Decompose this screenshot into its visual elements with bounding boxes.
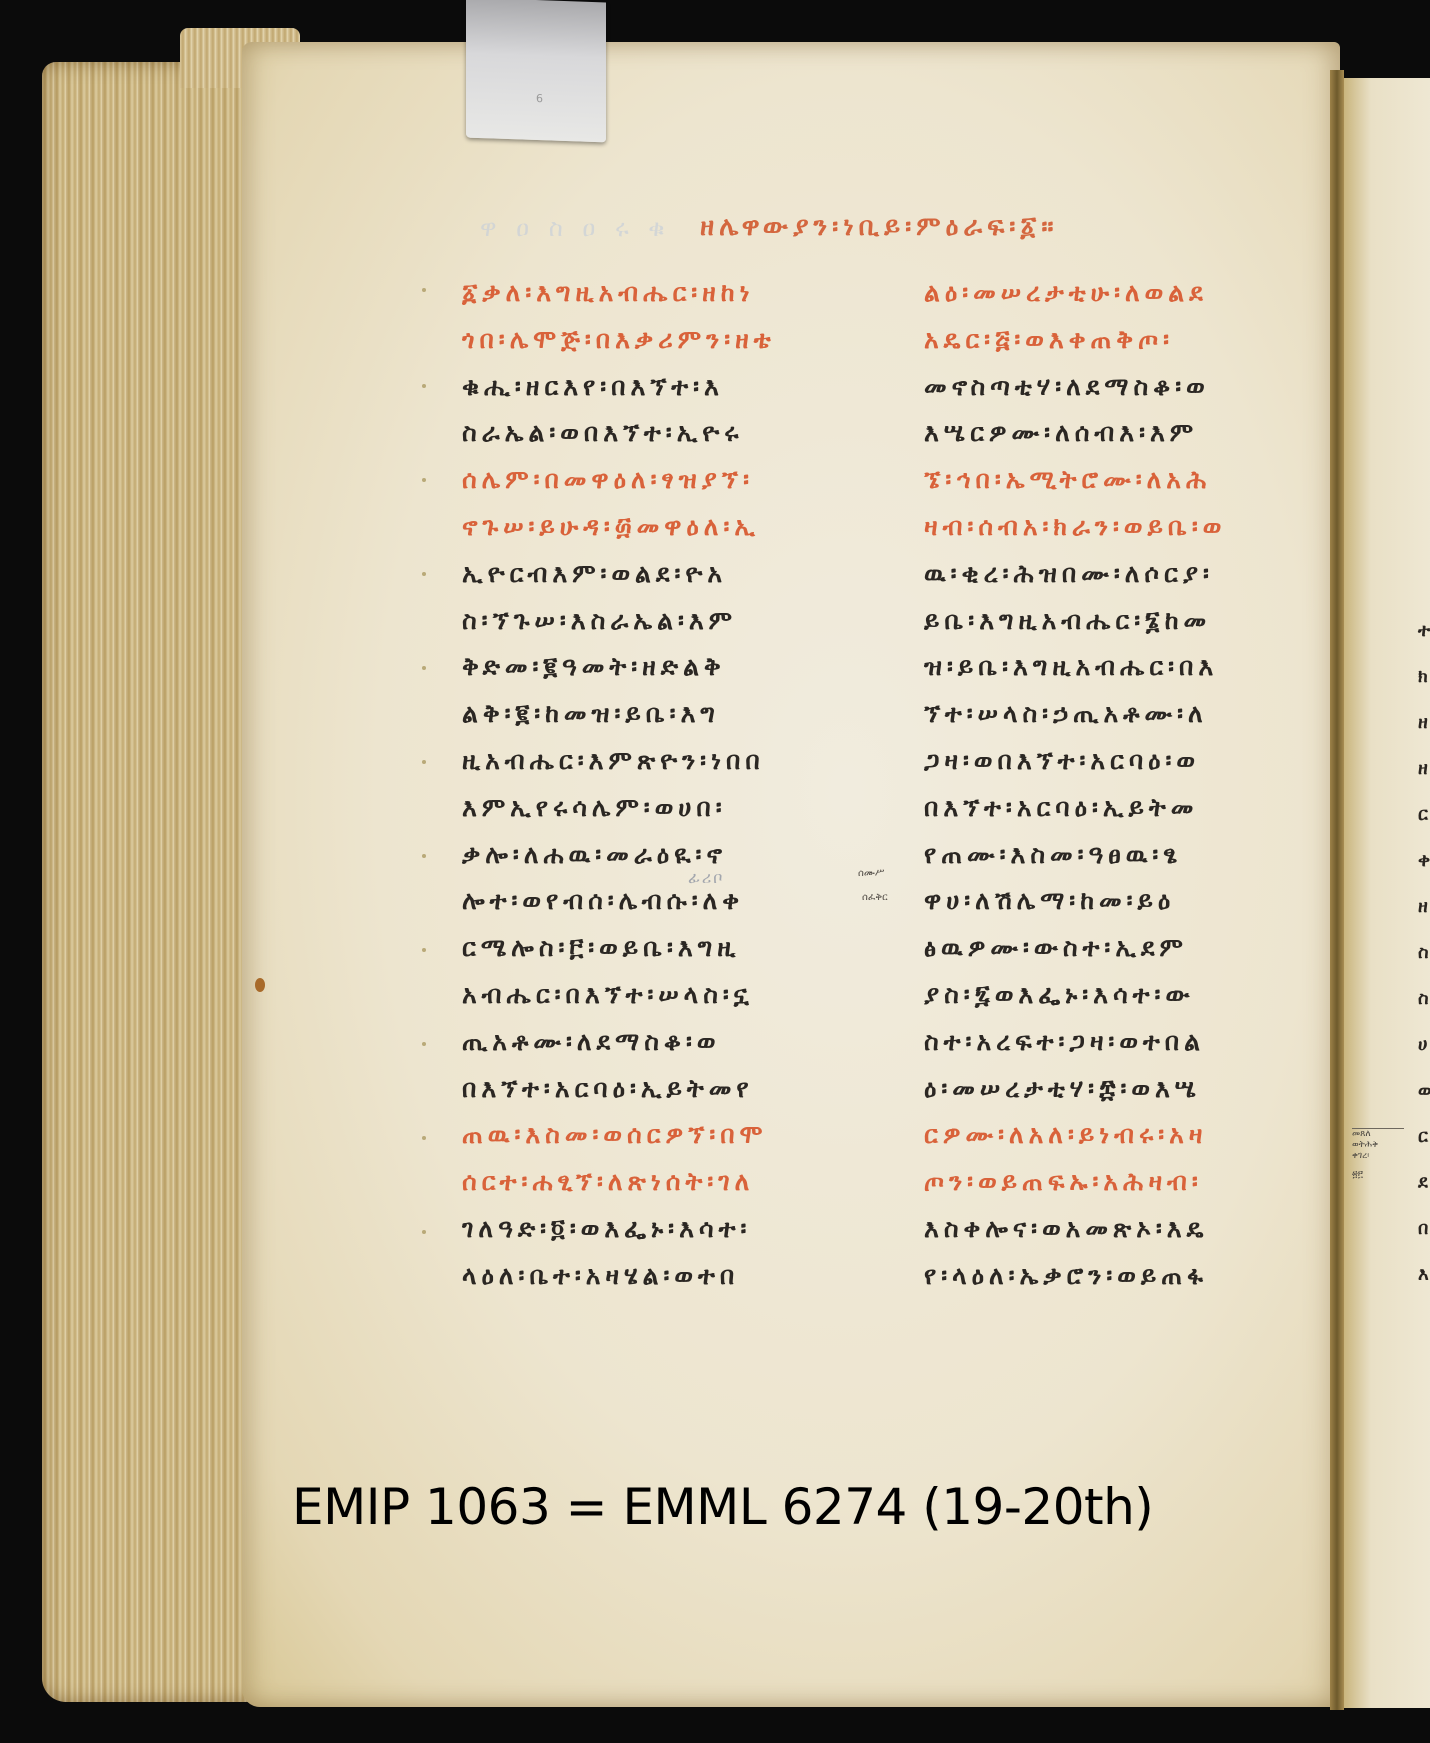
facing-glyph: ስ (1418, 942, 1430, 963)
margin-gloss-top: ሰሙሥ (858, 868, 884, 880)
text-line: መኖስጣቲሃ፡ለደማስቆ፡ወ (924, 364, 1324, 411)
pencil-annotation: ፊሪቦ (688, 868, 724, 888)
pricking-mark (422, 1230, 426, 1234)
gloss-line: ወትሕቅ (1352, 1140, 1404, 1151)
facing-glyph: ዘ (1418, 758, 1430, 779)
pricking-mark (422, 760, 426, 764)
text-line: ላዕለ፡ቤተ፡አዛሄል፡ወተበ (462, 1253, 882, 1300)
facing-glyph: ሀ (1418, 1034, 1430, 1055)
text-line: ቁሒ፡ዘርእየ፡በእኘተ፡እ (462, 364, 882, 411)
text-line: ቅድመ፡፪ዓመት፡ዘድልቅ (462, 644, 882, 691)
facing-glyph: ዘ (1418, 896, 1430, 917)
text-line: በእኘተ፡አርባዕ፡ኢይትመ (924, 785, 1324, 832)
pricking-mark (422, 948, 426, 952)
pricking-mark (422, 288, 426, 292)
text-column-left: ፩ቃለ፡እግዚአብሔር፡ዘከነ ጎበ፡ሌሞጅ፡በእቃሪምን፡ዘቴ ቁሒ፡ዘርእየ… (462, 270, 882, 1300)
text-line: የ፡ላዕለ፡ኤቃሮን፡ወይጠፋ (924, 1253, 1324, 1300)
text-line: ያስ፡፯ወእፌኑ፡እሳተ፡ው (924, 972, 1324, 1019)
text-line: ልቅ፡፪፡ከመዝ፡ይቤ፡እግ (462, 691, 882, 738)
text-line: ዛብ፡ሰብአ፡ክራን፡ወይቤ፡ወ (924, 504, 1324, 551)
text-line: ርዎሙ፡ለአለ፡ይነብሩ፡አዛ (924, 1112, 1324, 1159)
text-line: ልዕ፡መሠረታቲሁ፡ለወልደ (924, 270, 1324, 317)
text-line: ስ፡ኘጉሠ፡እስራኤል፡እም (462, 598, 882, 645)
margin-gloss-bottom: ሰፈቅር (862, 892, 888, 904)
text-line: ፩ቃለ፡እግዚአብሔር፡ዘከነ (462, 270, 882, 317)
text-line: እሤርዎሙ፡ለሰብእ፡እም (924, 410, 1324, 457)
pricking-mark (422, 666, 426, 670)
text-line: ጢአቶሙ፡ለደማስቆ፡ወ (462, 1019, 882, 1066)
facing-glyph: ወ (1418, 1080, 1430, 1101)
text-line: ኢዮርብእም፡ወልደ፡ዮአ (462, 551, 882, 598)
text-line: ፅዉዎሙ፡ውስተ፡ኢደም (924, 925, 1324, 972)
facing-page-text: ተ ክ ዘ ዘ ር ቀ ዘ ስ ስ ሀ ወ ር ደ በ እ (1418, 620, 1430, 1285)
facing-glyph: በ (1418, 1218, 1430, 1239)
gloss-line: ቀገረ፡ (1352, 1151, 1404, 1162)
bookmark-label: 6 (536, 92, 543, 105)
text-line: ኘተ፡ሠላስ፡ኃጢአቶሙ፡ለ (924, 691, 1324, 738)
text-line: እስቀሎና፡ወአመጽኦ፡እዴ (924, 1206, 1324, 1253)
text-line: ጦን፡ወይጠፍኡ፡አሕዛብ፡ (924, 1159, 1324, 1206)
facing-glyph: ክ (1418, 666, 1430, 687)
text-line: ጋዛ፡ወበእኘተ፡አርባዕ፡ወ (924, 738, 1324, 785)
bleed-through-text: ዋ ዐ ስ ዐ ሩ ቁ (480, 214, 700, 240)
gloss-line: መጸለ (1352, 1129, 1404, 1140)
catalog-caption: EMIP 1063 = EMML 6274 (19-20th) (292, 1478, 1292, 1536)
text-line: ዉ፡ቂረ፡ሕዝበሙ፡ለሶርያ፡ (924, 551, 1324, 598)
text-line: ገለዓድ፡፬፡ወእፌኑ፡እሳተ፡ (462, 1206, 882, 1253)
facing-glyph: ዘ (1418, 712, 1430, 733)
text-line: ጠዉ፡እስመ፡ወሰርዎኘ፡በሞ (462, 1112, 882, 1159)
facing-glyph: ር (1418, 804, 1430, 825)
text-column-right: ልዕ፡መሠረታቲሁ፡ለወልደ አዴር፡፭፡ወእቀጠቅጦ፡ መኖስጣቲሃ፡ለደማስ… (924, 270, 1324, 1300)
pricking-mark (422, 572, 426, 576)
book-gutter (1330, 70, 1344, 1710)
text-line: እምኢየሩሳሌም፡ወሀበ፡ (462, 785, 882, 832)
pricking-mark (422, 854, 426, 858)
text-line: በእኘተ፡አርባዕ፡ኢይትመየ (462, 1066, 882, 1113)
text-line: ስተ፡አረፍተ፡ጋዛ፡ወተበል (924, 1019, 1324, 1066)
text-line: አብሔር፡በእኘተ፡ሠላስ፡ኗ (462, 972, 882, 1019)
facing-glyph: ቀ (1418, 850, 1430, 871)
pricking-mark (422, 384, 426, 388)
ink-stain (255, 978, 265, 992)
text-line: ዝ፡ይቤ፡እግዚአብሔር፡በእ (924, 644, 1324, 691)
text-line: ሎተ፡ወየብሰ፡ሌብሱ፡ለቀ (462, 878, 882, 925)
text-line: ቃሎ፡ለሐዉ፡መራዕዪ፡ኖ (462, 832, 882, 879)
text-line: ርሜሎስ፡፫፡ወይቤ፡እግዚ (462, 925, 882, 972)
facing-glyph: ስ (1418, 988, 1430, 1009)
facing-glyph: እ (1418, 1264, 1430, 1285)
text-line: አዴር፡፭፡ወእቀጠቅጦ፡ (924, 317, 1324, 364)
facing-glyph: ደ (1418, 1172, 1430, 1193)
text-line: ሰሌም፡በመዋዕለ፡ፃዝያኘ፡ (462, 457, 882, 504)
text-line: የጠሙ፡እስመ፡ዓፀዉ፡ፄ (924, 832, 1324, 879)
text-line: ኖጉሠ፡ይሁዳ፡፴መዋዕለ፡ኢ (462, 504, 882, 551)
text-line: ዚአብሔር፡እምጽዮን፡ነበበ (462, 738, 882, 785)
rubric-header: ዘሌዋውያን፡ነቢይ፡ምዕራፍ፡፩። (700, 212, 1180, 243)
text-line: ዋሀ፡ለሽሌማ፡ከመ፡ይዕ (924, 878, 1324, 925)
text-line: ጎበ፡ሌሞጅ፡በእቃሪምን፡ዘቴ (462, 317, 882, 364)
pricking-mark (422, 478, 426, 482)
pricking-mark (422, 1042, 426, 1046)
text-line: ዕ፡መሠረታቲሃ፡፰፡ወእሤ (924, 1066, 1324, 1113)
facing-glyph: ተ (1418, 620, 1430, 641)
book-page-edges (42, 62, 257, 1702)
facing-margin-gloss: መጸለ ወትሕቅ ቀገረ፡ ፳፫ (1352, 1128, 1404, 1181)
text-line: ሰርተ፡ሐፂኘ፡ለጽነሰት፡ገለ (462, 1159, 882, 1206)
facing-glyph: ር (1418, 1126, 1430, 1147)
text-line: ኜ፡ኅበ፡ኤሚትሮሙ፡ለአሕ (924, 457, 1324, 504)
text-line: ስራኤል፡ወበእኘተ፡ኢዮሩ (462, 410, 882, 457)
gloss-line: ፳፫ (1352, 1170, 1404, 1181)
text-line: ይቤ፡እግዚአብሔር፡፮ከመ (924, 598, 1324, 645)
bookmark-strip: 6 (466, 0, 606, 142)
pricking-mark (422, 1136, 426, 1140)
